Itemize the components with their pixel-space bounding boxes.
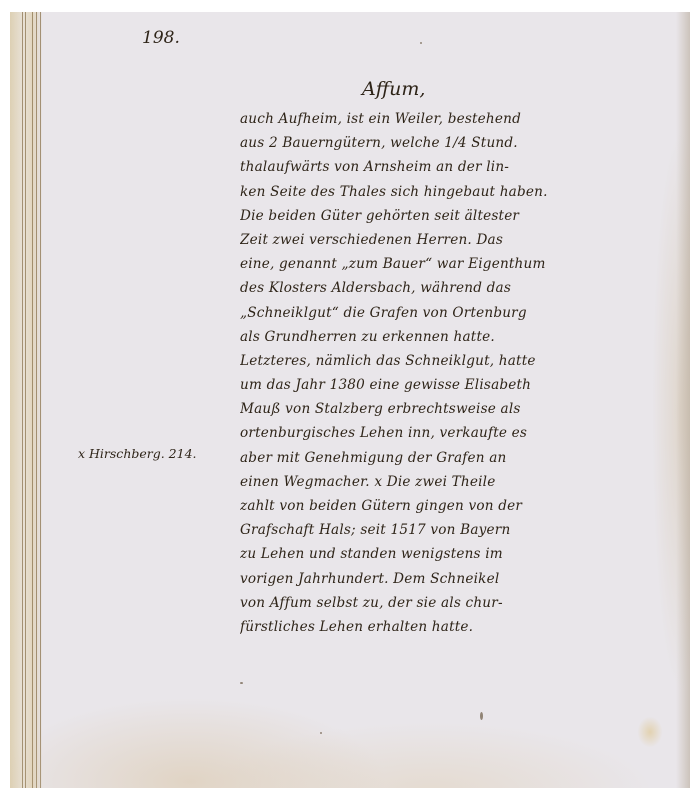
text-line: als Grundherren zu erkennen hatte. <box>240 325 680 349</box>
text-line: zu Lehen und standen wenigstens im <box>240 542 680 566</box>
text-line: zahlt von beiden Gütern gingen von der <box>240 494 680 518</box>
text-line: vorigen Jahrhundert. Dem Schneikel <box>240 567 680 591</box>
text-line: um das Jahr 1380 eine gewisse Elisabeth <box>240 373 680 397</box>
text-line: von Affum selbst zu, der sie als chur- <box>240 591 680 615</box>
text-line: aus 2 Bauerngütern, welche 1/4 Stund. <box>240 131 680 155</box>
text-line: Zeit zwei verschiedenen Herren. Das <box>240 228 680 252</box>
text-line: auch Aufheim, ist ein Weiler, bestehend <box>240 107 680 131</box>
text-line: fürstliches Lehen erhalten hatte. <box>240 615 680 639</box>
page-number: 198. <box>142 28 180 48</box>
margin-note: x Hirschberg. 214. <box>78 446 197 461</box>
text-line: ken Seite des Thales sich hingebaut habe… <box>240 180 680 204</box>
text-line: aber mit Genehmigung der Grafen an <box>240 446 680 470</box>
text-line: ortenburgisches Lehen inn, verkaufte es <box>240 421 680 445</box>
text-line: „Schneiklgut“ die Grafen von Ortenburg <box>240 301 680 325</box>
text-line: des Klosters Aldersbach, während das <box>240 276 680 300</box>
text-line: thalaufwärts von Arnsheim an der lin- <box>240 155 680 179</box>
body-text: auch Aufheim, ist ein Weiler, bestehend … <box>240 107 680 639</box>
stacked-page-edges <box>10 12 42 788</box>
text-line: Grafschaft Hals; seit 1517 von Bayern <box>240 518 680 542</box>
text-line: Mauß von Stalzberg erbrechtsweise als <box>240 397 680 421</box>
text-line: Die beiden Güter gehörten seit ältester <box>240 204 680 228</box>
page-heading: Affum, <box>362 78 425 100</box>
text-line: Letzteres, nämlich das Schneiklgut, hatt… <box>240 349 680 373</box>
text-line: eine, genannt „zum Bauer“ war Eigenthum <box>240 252 680 276</box>
text-line: einen Wegmacher. x Die zwei Theile <box>240 470 680 494</box>
